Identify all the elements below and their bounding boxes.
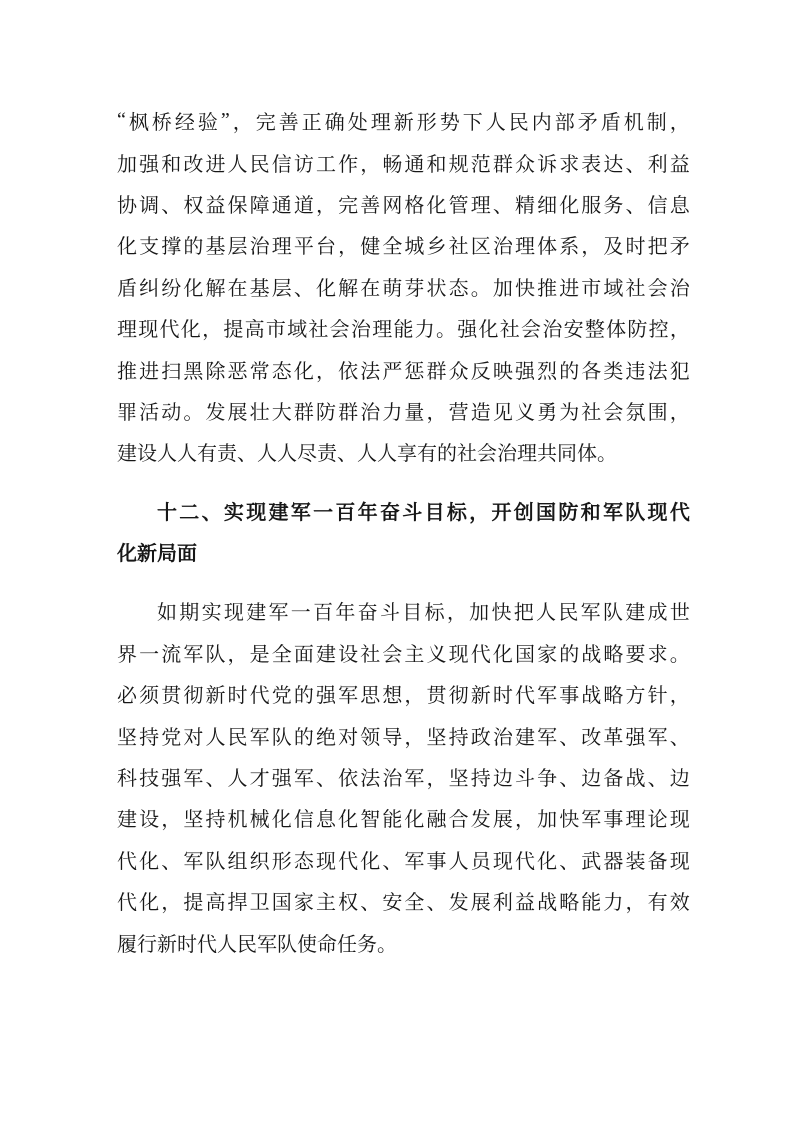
text-line: 理现代化，提高市域社会治理能力。强化社会治安整体防控， [117,307,690,348]
text-line: 十二、实现建军一百年奋斗目标，开创国防和军队现代 [117,490,690,531]
text-line: 必须贯彻新时代党的强军思想，贯彻新时代军事战略方针， [117,673,690,714]
text-line: 代化、军队组织形态现代化、军事人员现代化、武器装备现 [117,839,690,880]
text-line: 坚持党对人民军队的绝对领导，坚持政治建军、改革强军、 [117,714,690,755]
continued-paragraph: “枫桥经验”，完善正确处理新形势下人民内部矛盾机制，加强和改进人民信访工作，畅通… [117,100,690,473]
text-line: 代化，提高捍卫国家主权、安全、发展利益战略能力，有效 [117,880,690,921]
text-line: 履行新时代人民军队使命任务。 [117,921,690,962]
text-line: 盾纠纷化解在基层、化解在萌芽状态。加快推进市域社会治 [117,266,690,307]
text-line: 科技强军、人才强军、依法治军，坚持边斗争、边备战、边 [117,756,690,797]
text-line: 协调、权益保障通道，完善网格化管理、精细化服务、信息 [117,183,690,224]
text-line: 建设，坚持机械化信息化智能化融合发展，加快军事理论现 [117,797,690,838]
document-body: “枫桥经验”，完善正确处理新形势下人民内部矛盾机制，加强和改进人民信访工作，畅通… [117,0,690,963]
text-line: 如期实现建军一百年奋斗目标，加快把人民军队建成世 [117,590,690,631]
text-line: 建设人人有责、人人尽责、人人享有的社会治理共同体。 [117,431,690,472]
text-line: 罪活动。发展壮大群防群治力量，营造见义勇为社会氛围， [117,390,690,431]
text-line: 界一流军队，是全面建设社会主义现代化国家的战略要求。 [117,632,690,673]
text-line: 加强和改进人民信访工作，畅通和规范群众诉求表达、利益 [117,141,690,182]
text-line: 化支撑的基层治理平台，健全城乡社区治理体系，及时把矛 [117,224,690,265]
text-line: 化新局面 [117,531,690,572]
document-page: “枫桥经验”，完善正确处理新形势下人民内部矛盾机制，加强和改进人民信访工作，畅通… [0,0,800,1131]
section-heading: 十二、实现建军一百年奋斗目标，开创国防和军队现代化新局面 [117,490,690,573]
text-line: “枫桥经验”，完善正确处理新形势下人民内部矛盾机制， [117,100,690,141]
text-line: 推进扫黑除恶常态化，依法严惩群众反映强烈的各类违法犯 [117,348,690,389]
body-paragraph: 如期实现建军一百年奋斗目标，加快把人民军队建成世界一流军队，是全面建设社会主义现… [117,590,690,963]
